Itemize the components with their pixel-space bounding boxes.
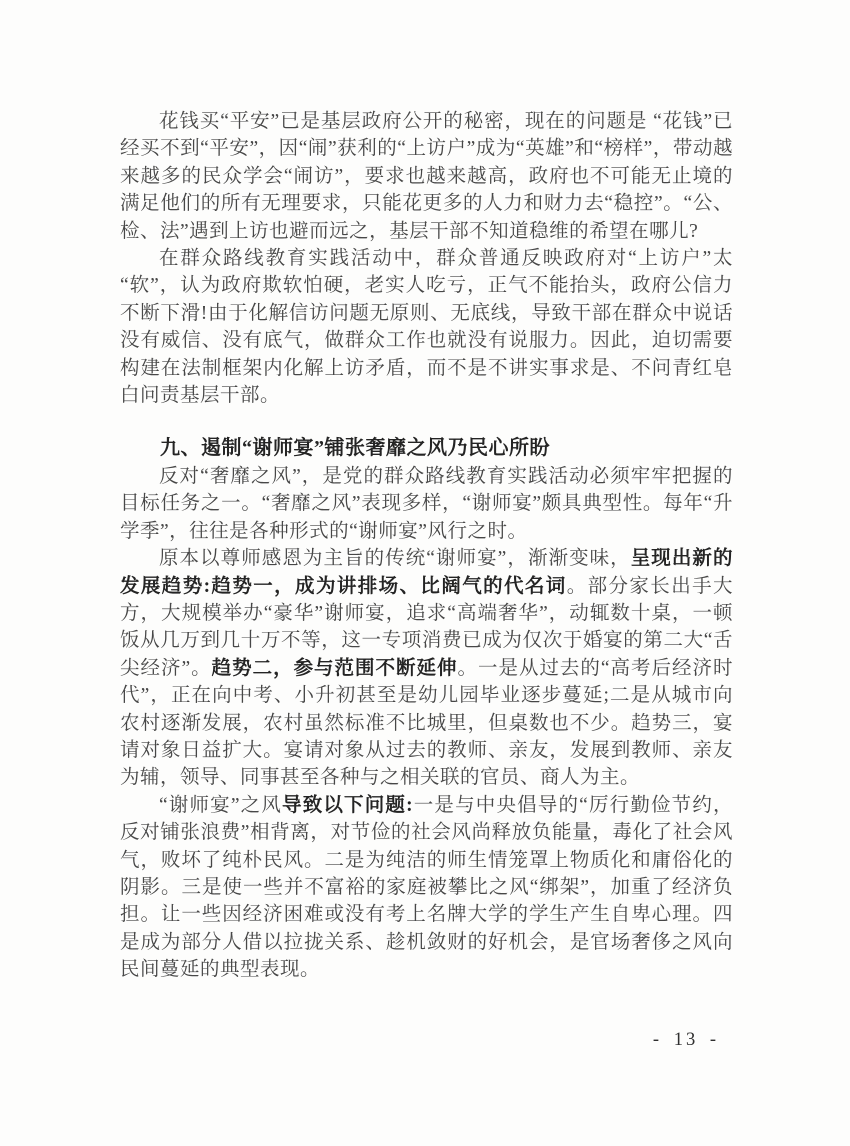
bold-text-run: 导致以下问题: bbox=[282, 795, 413, 816]
text-run: 原本以尊师感恩为主旨的传统“谢师宴”，渐渐变味， bbox=[159, 548, 631, 569]
text-run: 花钱买“平安”已是基层政府公开的秘密，现在的问题是 “花钱”已经买不到“平安”，… bbox=[120, 111, 733, 242]
body-paragraph: 反对“奢靡之风”，是党的群众路线教育实践活动必须牢牢把握的目标任务之一。“奢靡之… bbox=[120, 463, 733, 545]
document-page: 花钱买“平安”已是基层政府公开的秘密，现在的问题是 “花钱”已经买不到“平安”，… bbox=[0, 0, 850, 1146]
text-run: “谢师宴”之风 bbox=[159, 795, 282, 816]
body-paragraph: “谢师宴”之风导致以下问题:一是与中央倡导的“厉行勤俭节约，反对铺张浪费”相背离… bbox=[120, 792, 733, 984]
text-run: 一是与中央倡导的“厉行勤俭节约，反对铺张浪费”相背离，对节俭的社会风尚释放负能量… bbox=[120, 795, 733, 980]
bold-text-run: 趋势二，参与范围不断延伸 bbox=[212, 658, 458, 679]
text-run: 反对“奢靡之风”，是党的群众路线教育实践活动必须牢牢把握的目标任务之一。“奢靡之… bbox=[120, 466, 733, 542]
body-paragraph: 原本以尊师感恩为主旨的传统“谢师宴”，渐渐变味，呈现出新的发展趋势:趋势一，成为… bbox=[120, 545, 733, 792]
text-run: 在群众路线教育实践活动中，群众普通反映政府对“上访户”太“软”，认为政府欺软怕硬… bbox=[120, 248, 733, 406]
document-body: 花钱买“平安”已是基层政府公开的秘密，现在的问题是 “花钱”已经买不到“平安”，… bbox=[120, 108, 733, 984]
section-heading: 九、遏制“谢师宴”铺张奢靡之风乃民心所盼 bbox=[120, 435, 733, 462]
page-number: - 13 - bbox=[653, 1030, 719, 1051]
bold-text-run: 九、遏制“谢师宴”铺张奢靡之风乃民心所盼 bbox=[160, 437, 550, 459]
body-paragraph: 在群众路线教育实践活动中，群众普通反映政府对“上访户”太“软”，认为政府欺软怕硬… bbox=[120, 245, 733, 409]
body-paragraph: 花钱买“平安”已是基层政府公开的秘密，现在的问题是 “花钱”已经买不到“平安”，… bbox=[120, 108, 733, 245]
